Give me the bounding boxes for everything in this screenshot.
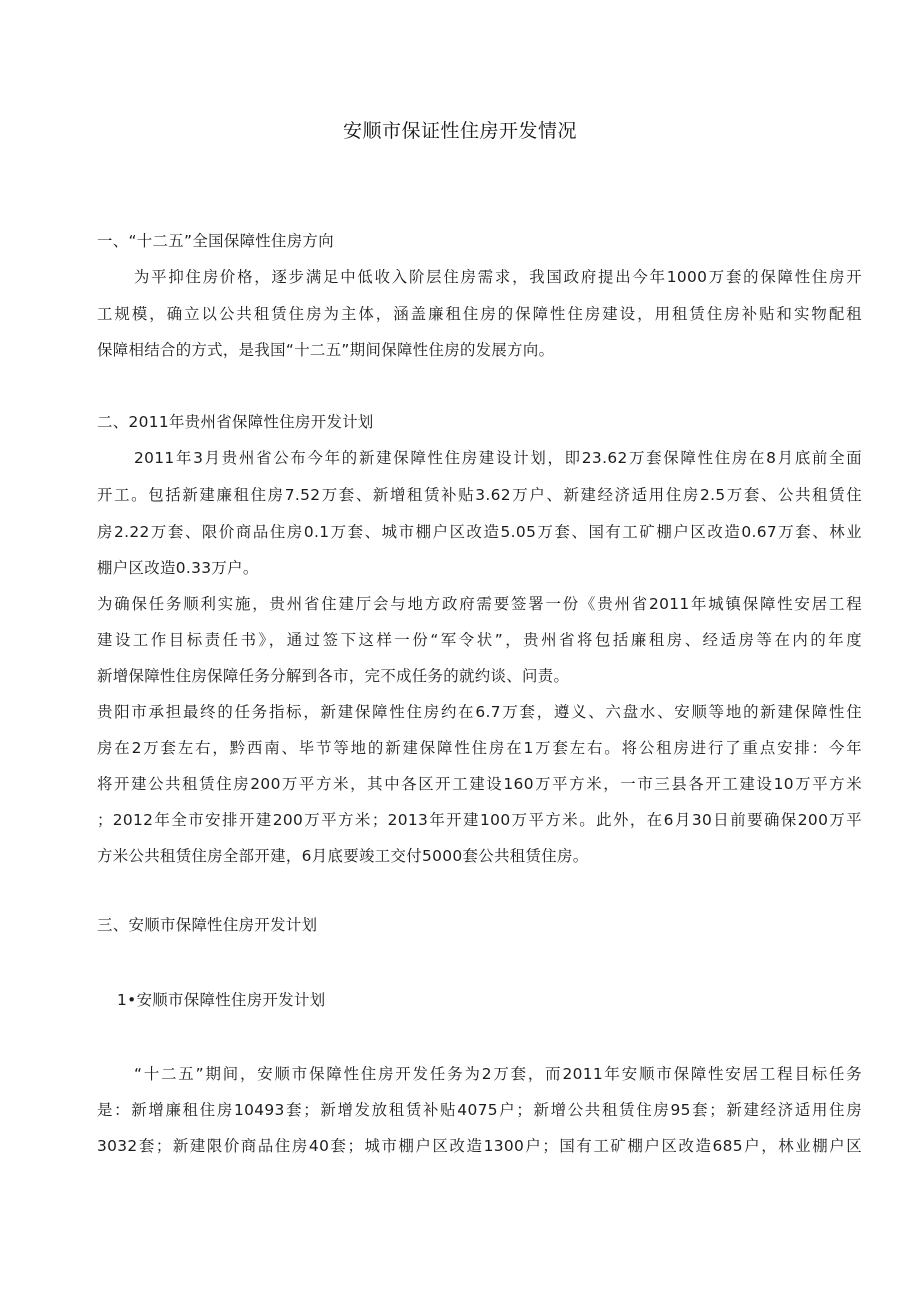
- paragraph-line: 房在2万套左右，黔西南、毕节等地的新建保障性住房在1万套左右。将公租房进行了重点…: [97, 736, 862, 758]
- paragraph-line: 为确保任务顺利实施，贵州省住建厅会与地方政府需要签署一份《贵州省2011年城镇保…: [97, 592, 862, 614]
- paragraph-line: 工规模，确立以公共租赁住房为主体，涵盖廉租住房的保障性住房建设，用租赁住房补贴和…: [97, 302, 862, 324]
- paragraph-line: 棚户区改造0.33万户。: [97, 556, 259, 578]
- paragraph-line: ；2012年全市安排开建200万平方米；2013年开建100万平方米。此外，在6…: [97, 808, 862, 830]
- paragraph-line: 2011年3月贵州省公布今年的新建保障性住房建设计划，即23.62万套保障性住房…: [134, 446, 862, 468]
- paragraph-line: 建设工作目标责任书》，通过签下这样一份“军令状”，贵州省将包括廉租房、经适房等在…: [97, 628, 862, 650]
- subsection-heading-1: 1•安顺市保障性住房开发计划: [117, 988, 325, 1010]
- section-heading-1: 一、“十二五”全国保障性住房方向: [97, 229, 334, 251]
- section-heading-3: 三、安顺市保障性住房开发计划: [97, 913, 317, 935]
- paragraph-line: 开工。包括新建廉租住房7.52万套、新增租赁补贴3.62万户、新建经济适用住房2…: [97, 483, 862, 505]
- paragraph-line: 贵阳市承担最终的任务指标，新建保障性住房约在6.7万套，遵义、六盘水、安顺等地的…: [97, 700, 862, 722]
- paragraph-line: 是：新增廉租住房10493套；新增发放租赁补贴4075户；新增公共租赁住房95套…: [97, 1098, 862, 1120]
- paragraph-line: 房2.22万套、限价商品住房0.1万套、城市棚户区改造5.05万套、国有工矿棚户…: [97, 520, 862, 542]
- paragraph-line: 保障相结合的方式，是我国“十二五”期间保障性住房的发展方向。: [97, 338, 554, 360]
- paragraph-line: “十二五”期间，安顺市保障性住房开发任务为2万套，而2011年安顺市保障性安居工…: [134, 1062, 862, 1084]
- paragraph-line: 3032套；新建限价商品住房40套；城市棚户区改造1300户；国有工矿棚户区改造…: [97, 1134, 862, 1156]
- paragraph-line: 方米公共租赁住房全部开建，6月底要竣工交付5000套公共租赁住房。: [97, 844, 588, 866]
- paragraph-line: 新增保障性住房保障任务分解到各市，完不成任务的就约谈、问责。: [97, 664, 569, 686]
- paragraph-line: 为平抑住房价格，逐步满足中低收入阶层住房需求，我国政府提出今年1000万套的保障…: [134, 265, 862, 287]
- page-title: 安顺市保证性住房开发情况: [0, 116, 920, 143]
- paragraph-line: 将开建公共租赁住房200万平方米，其中各区开工建设160万平方米，一市三县各开工…: [97, 772, 862, 794]
- section-heading-2: 二、2011年贵州省保障性住房开发计划: [97, 410, 374, 432]
